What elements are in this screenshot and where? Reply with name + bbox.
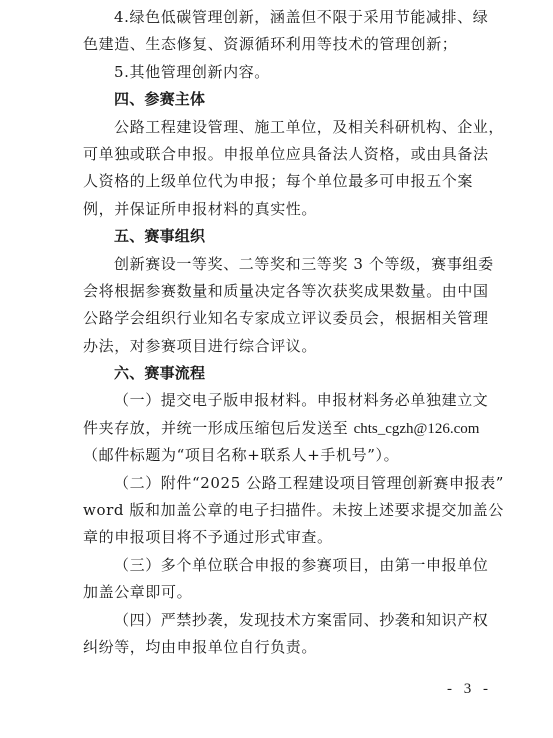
section-heading-process: 六、赛事流程	[83, 360, 483, 387]
paragraph-line: 会将根据参赛数量和质量决定各等次获奖成果数量。由中国	[83, 278, 483, 305]
paragraph-line: 创新赛设一等奖、二等奖和三等奖 3 个等级，赛事组委	[83, 251, 483, 278]
paragraph-line: （邮件标题为“项目名称+联系人+手机号”）。	[83, 442, 483, 469]
paragraph-line: 人资格的上级单位代为申报；每个单位最多可申报五个案	[83, 168, 483, 195]
section-heading-organization: 五、赛事组织	[83, 223, 483, 250]
paragraph-line: 公路学会组织行业知名专家成立评议委员会，根据相关管理	[83, 305, 483, 332]
paragraph-line: word 版和加盖公章的电子扫描件。未按上述要求提交加盖公	[83, 497, 483, 524]
paragraph-line: （一）提交电子版申报材料。申报材料务必单独建立文	[83, 387, 483, 414]
email-link[interactable]: chts_cgzh@126.com	[354, 421, 480, 437]
paragraph-line: 可单独或联合申报。申报单位应具备法人资格，或由具备法	[83, 141, 483, 168]
list-item-5: 5.其他管理创新内容。	[83, 59, 483, 86]
paragraph-line: 纠纷等，均由申报单位自行负责。	[83, 634, 483, 661]
list-item-4: 4.绿色低碳管理创新，涵盖但不限于采用节能减排、绿	[83, 4, 483, 31]
paragraph-line-with-email: 件夹存放，并统一形成压缩包后发送至 chts_cgzh@126.com	[83, 415, 483, 442]
paragraph-line: （二）附件“2025 公路工程建设项目管理创新赛申报表”	[83, 470, 483, 497]
paragraph-line: （四）严禁抄袭，发现技术方案雷同、抄袭和知识产权	[83, 607, 483, 634]
section-heading-participants: 四、参赛主体	[83, 86, 483, 113]
paragraph-line: 加盖公章即可。	[83, 579, 483, 606]
paragraph-line: 章的申报项目将不予通过形式审查。	[83, 524, 483, 551]
list-item-4-continued: 色建造、生态修复、资源循环利用等技术的管理创新；	[83, 31, 483, 58]
paragraph-line: 办法，对参赛项目进行综合评议。	[83, 333, 483, 360]
paragraph-line: （三）多个单位联合申报的参赛项目，由第一申报单位	[83, 552, 483, 579]
paragraph-line: 例，并保证所申报材料的真实性。	[83, 196, 483, 223]
paragraph-text: 件夹存放，并统一形成压缩包后发送至	[83, 419, 354, 437]
paragraph-line: 公路工程建设管理、施工单位，及相关科研机构、企业，	[83, 114, 483, 141]
document-body: 4.绿色低碳管理创新，涵盖但不限于采用节能减排、绿 色建造、生态修复、资源循环利…	[83, 4, 483, 661]
page-number: - 3 -	[447, 681, 492, 698]
